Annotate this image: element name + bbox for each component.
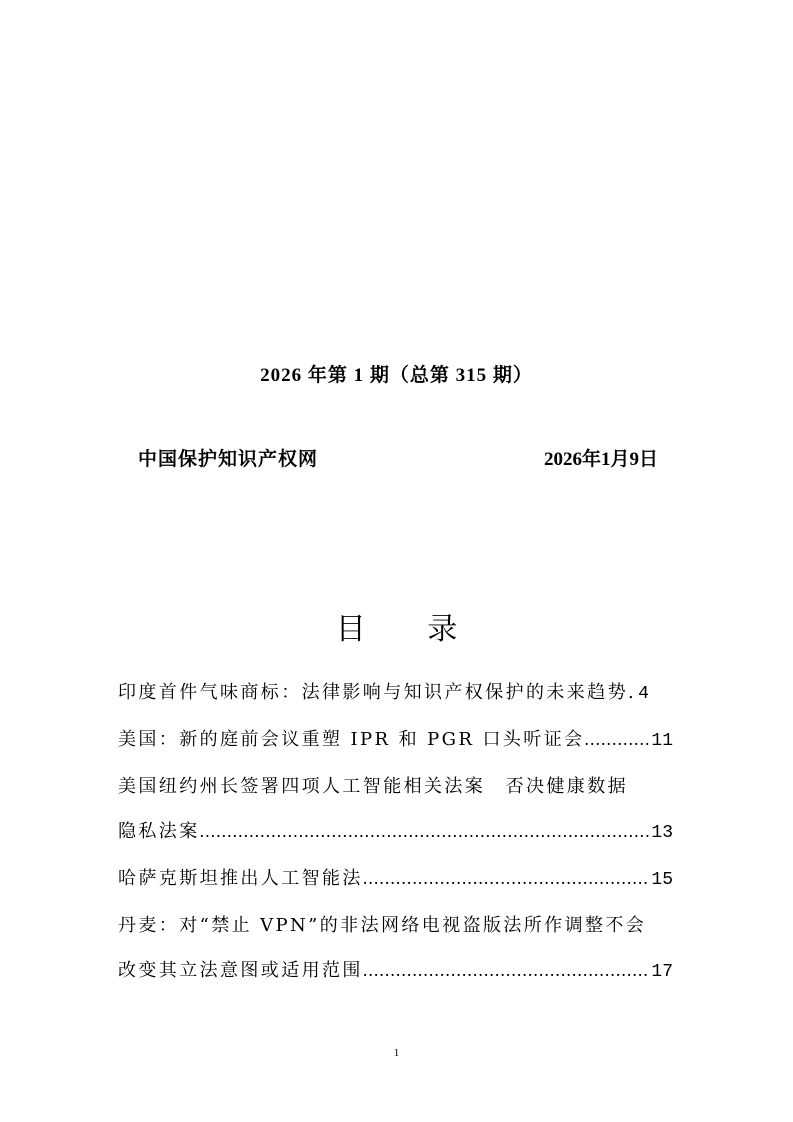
toc-entry[interactable]: 印度首件气味商标：法律影响与知识产权保护的未来趋势 . 4 xyxy=(118,670,673,717)
toc-entry-title-continued: 隐私法案 xyxy=(118,809,200,854)
toc-entry-title-continued: 改变其立法意图或适用范围 xyxy=(118,948,363,993)
toc-entry-title: 哈萨克斯坦推出人工智能法 xyxy=(118,856,363,901)
toc-entry-line: 美国纽约州长签署四项人工智能相关法案 否决健康数据 xyxy=(118,764,673,809)
toc-entry[interactable]: 哈萨克斯坦推出人工智能法 15 xyxy=(118,856,673,903)
table-of-contents: 印度首件气味商标：法律影响与知识产权保护的未来趋势 . 4 美国：新的庭前会议重… xyxy=(118,670,673,995)
publisher-row: 中国保护知识产权网 2026年1月9日 xyxy=(138,444,658,474)
toc-entry-title: 丹麦：对“禁止 VPN”的非法网络电视盗版法所作调整不会 xyxy=(118,903,646,948)
toc-dot-leader xyxy=(363,948,650,993)
toc-entry[interactable]: 丹麦：对“禁止 VPN”的非法网络电视盗版法所作调整不会 改变其立法意图或适用范… xyxy=(118,903,673,995)
toc-dot-leader xyxy=(585,717,650,762)
toc-entry-line: 印度首件气味商标：法律影响与知识产权保护的未来趋势 . 4 xyxy=(118,670,673,717)
toc-entry-page: 4 xyxy=(636,672,649,717)
toc-entry[interactable]: 美国纽约州长签署四项人工智能相关法案 否决健康数据 隐私法案 13 xyxy=(118,764,673,856)
toc-entry-page: 11 xyxy=(649,719,673,764)
toc-entry-line: 隐私法案 13 xyxy=(118,809,673,856)
toc-entry-page: 13 xyxy=(649,811,673,856)
toc-entry-line: 哈萨克斯坦推出人工智能法 15 xyxy=(118,856,673,903)
toc-entry-leader: . xyxy=(628,670,636,715)
toc-dot-leader xyxy=(363,856,650,901)
issue-line: 2026 年第 1 期（总第 315 期） xyxy=(0,360,793,387)
publication-date: 2026年1月9日 xyxy=(544,444,658,471)
toc-entry-line: 丹麦：对“禁止 VPN”的非法网络电视盗版法所作调整不会 xyxy=(118,903,673,948)
toc-entry-page: 17 xyxy=(649,950,673,995)
publisher-name: 中国保护知识产权网 xyxy=(138,444,318,471)
toc-entry-page: 15 xyxy=(649,858,673,903)
toc-title: 目 录 xyxy=(0,604,793,648)
toc-dot-leader xyxy=(200,809,650,854)
page-number: 1 xyxy=(0,1047,793,1059)
toc-entry-title: 印度首件气味商标：法律影响与知识产权保护的未来趋势 xyxy=(118,670,628,715)
toc-entry-title: 美国纽约州长签署四项人工智能相关法案 否决健康数据 xyxy=(118,764,628,809)
toc-entry[interactable]: 美国：新的庭前会议重塑 IPR 和 PGR 口头听证会 11 xyxy=(118,717,673,764)
toc-entry-line: 改变其立法意图或适用范围 17 xyxy=(118,948,673,995)
toc-entry-title: 美国：新的庭前会议重塑 IPR 和 PGR 口头听证会 xyxy=(118,717,585,762)
toc-entry-line: 美国：新的庭前会议重塑 IPR 和 PGR 口头听证会 11 xyxy=(118,717,673,764)
